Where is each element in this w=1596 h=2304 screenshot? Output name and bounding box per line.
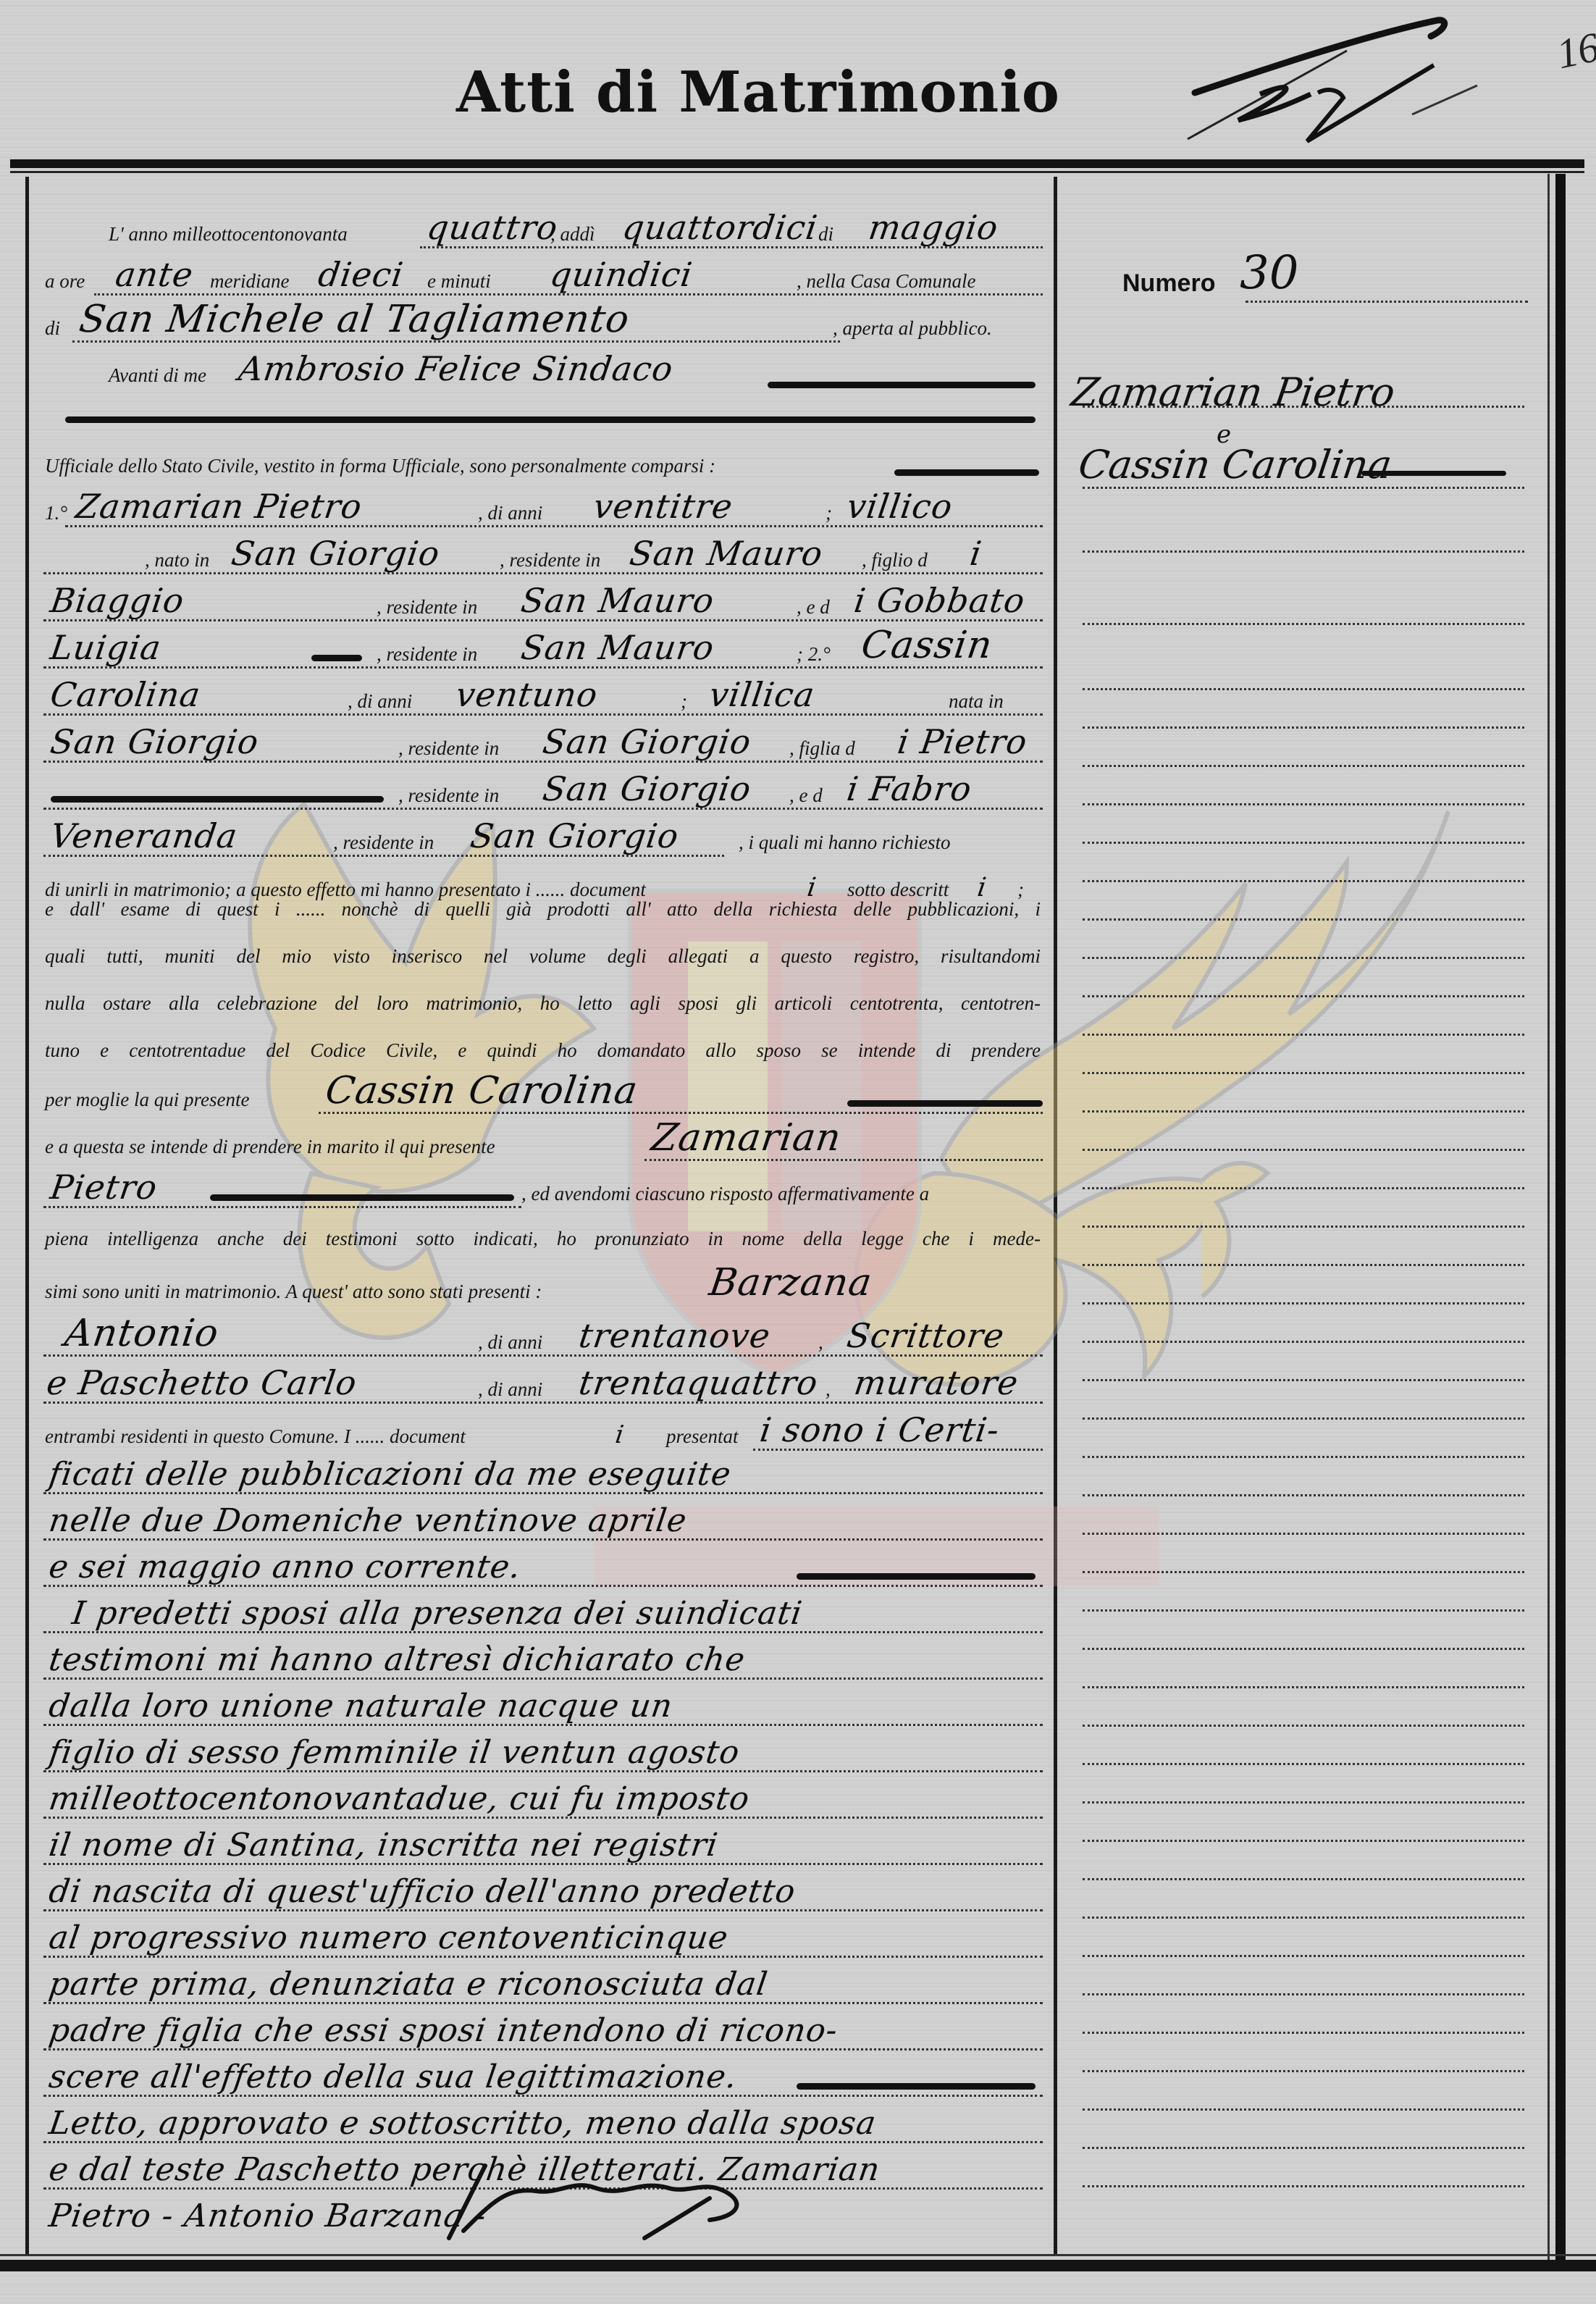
dotted-line — [1083, 550, 1524, 553]
label-minuti: e minuti — [427, 270, 491, 293]
dotted-line — [1083, 1456, 1524, 1458]
page-title: Atti di Matrimonio — [456, 59, 1060, 125]
handwritten-line: ficati delle pubblicazioni da me eseguit… — [43, 1452, 1043, 1503]
value-mother-residence: San Mauro — [518, 628, 717, 667]
margin-groom: Zamarian Pietro — [1069, 369, 1398, 415]
handwritten-text: padre figlia che essi sposi intendono di… — [46, 2012, 840, 2049]
text-quali-richiesto: , i quali mi hanno richiesto — [739, 831, 951, 854]
value-bride-mother-residence: San Giorgio — [468, 816, 681, 855]
value-witness2-occupation: muratore — [852, 1363, 1021, 1402]
dotted-line — [1083, 1110, 1524, 1113]
value-ante: ante — [113, 255, 196, 294]
label-di: di — [45, 317, 60, 340]
dotted-line — [1083, 1072, 1524, 1074]
frame-bottom-rule — [0, 2260, 1596, 2271]
frame-right-rule-thin — [1547, 174, 1550, 2260]
label-casa-comunale: , nella Casa Comunale — [797, 270, 976, 293]
line-witness2: e Paschetto Carlo , di anni trentaquattr… — [43, 1362, 1043, 1412]
label-residente-in: , residente in — [500, 549, 600, 571]
handwritten-text: dalla loro unione naturale nacque un — [46, 1688, 675, 1725]
label-figlio-di: , figlio d — [862, 549, 928, 571]
line-groom: 1.° Zamarian Pietro , di anni ventitre ;… — [43, 485, 1043, 536]
dotted-line — [1083, 2070, 1524, 2072]
frame-right-rule — [1555, 174, 1566, 2260]
label-in-marito: e a questa se intende di prendere in mar… — [45, 1136, 495, 1158]
text-entrambi: entrambi residenti in questo Comune. I .… — [45, 1425, 466, 1448]
dotted-line — [1083, 2147, 1524, 2149]
value-di-suffix: i — [967, 534, 984, 573]
line-witnesses: simi sono uniti in matrimonio. A quest' … — [43, 1264, 1043, 1315]
value-bride-name: Carolina — [48, 675, 203, 714]
line-year-date: L' anno milleottocentonovanta quattro , … — [43, 206, 1043, 257]
page-number: 16 — [1553, 22, 1596, 79]
value-bride-father-residence: San Giorgio — [540, 769, 754, 808]
label-a-ore: a ore — [45, 270, 85, 293]
label-residente-in: , residente in — [377, 643, 477, 666]
handwritten-line: dalla loro unione naturale nacque un — [43, 1684, 1043, 1735]
value-groom-age: ventitre — [591, 487, 735, 526]
handwritten-text: il nome di Santina, inscritta nei regist… — [46, 1827, 721, 1864]
line-bride-father-residence: , residente in San Giorgio , e d i Fabro — [43, 768, 1043, 818]
line-place: di San Michele al Tagliamento , aperta a… — [43, 301, 1043, 351]
value-witness2-name: e Paschetto Carlo — [44, 1363, 359, 1402]
column-divider — [1054, 177, 1057, 2254]
value-minutes: quindici — [547, 255, 695, 294]
line-groom-mother: Luigia , residente in San Mauro ; 2.° Ca… — [43, 627, 1043, 677]
dotted-line — [1083, 765, 1524, 767]
value-groom-mother-surname: i Gobbato — [852, 581, 1028, 620]
dotted-line — [1083, 1187, 1524, 1189]
underline-stroke — [797, 2083, 1036, 2090]
label-second: ; 2.° — [797, 643, 831, 666]
dotted-line — [1083, 1264, 1524, 1266]
handwritten-text: Letto, approvato e sottoscritto, meno da… — [46, 2105, 878, 2142]
frame-top-rule-thin — [10, 171, 1584, 173]
handwritten-text: milleottocentonovantadue, cui fu imposto — [46, 1780, 752, 1817]
line-groom-birth: , nato in San Giorgio , residente in San… — [43, 532, 1043, 583]
dotted-line — [1083, 487, 1524, 489]
handwritten-line: il nome di Santina, inscritta nei regist… — [43, 1823, 1043, 1874]
text-line-18: tuno e centotrentadue del Codice Civile,… — [45, 1039, 1041, 1062]
handwritten-line: di nascita di quest'ufficio dell'anno pr… — [43, 1869, 1043, 1920]
handwritten-text: e sei maggio anno corrente. — [46, 1549, 523, 1585]
handwritten-line: Letto, approvato e sottoscritto, meno da… — [43, 2101, 1043, 2152]
handwritten-text: parte prima, denunziata e riconosciuta d… — [46, 1966, 770, 2003]
dotted-line — [1083, 1149, 1524, 1151]
value-municipality: San Michele al Tagliamento — [77, 298, 632, 341]
value-groom-occupation: villico — [844, 487, 955, 526]
dotted-line — [1083, 2185, 1524, 2187]
handwritten-line: milleottocentonovantadue, cui fu imposto — [43, 1777, 1043, 1827]
line-bride: Carolina , di anni ventuno ; villica nat… — [43, 674, 1043, 724]
text-line-22: piena intelligenza anche dei testimoni s… — [45, 1228, 1041, 1250]
handwritten-line: figlio di sesso femminile il ventun agos… — [43, 1730, 1043, 1781]
label-residente-in: , residente in — [333, 831, 434, 854]
line-bride-birth: San Giorgio , residente in San Giorgio ,… — [43, 721, 1043, 771]
handwritten-line: nelle due Domeniche ventinove aprile — [43, 1499, 1043, 1549]
label-e-di: , e d — [797, 596, 830, 619]
handwritten-line: testimoni mi hanno altresì dichiarato ch… — [43, 1638, 1043, 1688]
line-bride-mother: Veneranda , residente in San Giorgio , i… — [43, 815, 1043, 866]
value-groom-birthplace: San Giorgio — [229, 534, 442, 573]
sep: ; — [681, 690, 687, 713]
value-groom-name: Zamarian Pietro — [73, 487, 364, 526]
dotted-line — [1083, 803, 1524, 805]
value-groom-mother: Luigia — [48, 628, 164, 667]
handwritten-text: nelle due Domeniche ventinove aprile — [46, 1502, 689, 1539]
dotted-line — [1083, 957, 1524, 959]
text-line-17: nulla ostare alla celebrazione del loro … — [45, 992, 1041, 1015]
label-figlia-di: , figlia d — [789, 737, 855, 760]
label-presentat: presentat — [666, 1425, 738, 1448]
numero-label: Numero — [1122, 269, 1215, 298]
frame-left-rule — [25, 177, 29, 2254]
value-bride-mother-surname: i Fabro — [844, 769, 974, 808]
label-avanti-di-me: Avanti di me — [109, 364, 206, 387]
value-bride-fullname: Cassin Carolina — [323, 1069, 641, 1113]
dotted-line — [1083, 406, 1524, 408]
line-bride-consent: per moglie la qui presente Cassin Caroli… — [43, 1072, 1043, 1123]
dotted-line — [1083, 1571, 1524, 1573]
value-doc-suffix2: i — [613, 1420, 626, 1449]
underline-stroke — [1361, 471, 1506, 476]
handwritten-line: padre figlia che essi sposi intendono di… — [43, 2008, 1043, 2059]
label-nata-in: nata in — [949, 690, 1004, 713]
handwritten-line: scere all'effetto della sua legittimazio… — [43, 2055, 1043, 2106]
dotted-line — [1083, 2108, 1524, 2111]
line-ufficiale: Ufficiale dello Stato Civile, vestito in… — [43, 438, 1043, 489]
dotted-line — [1083, 842, 1524, 844]
label-residente-in: , residente in — [377, 596, 477, 619]
numero-value: 30 — [1240, 246, 1298, 300]
value-witness1-age: trentanove — [576, 1316, 773, 1355]
value-year-suffix: quattro — [424, 208, 560, 247]
handwritten-line: I predetti sposi alla presenza dei suind… — [43, 1591, 1043, 1642]
handwritten-text: figlio di sesso femminile il ventun agos… — [46, 1734, 742, 1771]
value-witness1-surname: Barzana — [707, 1261, 875, 1304]
dotted-line — [1083, 1533, 1524, 1535]
dotted-line — [1083, 1034, 1524, 1036]
dotted-line — [1083, 1725, 1524, 1727]
text-line-16: quali tutti, muniti del mio visto inseri… — [45, 945, 1041, 968]
line-groom-consent: e a questa se intende di prendere in mar… — [43, 1119, 1043, 1170]
handwritten-line: al progressivo numero centoventicinque — [43, 1916, 1043, 1966]
label-di-anni: , di anni — [478, 502, 542, 524]
value-hour: dieci — [316, 255, 406, 294]
dotted-line — [1083, 1955, 1524, 1957]
text-presenti: simi sono uniti in matrimonio. A quest' … — [45, 1281, 542, 1303]
dotted-line — [1083, 1801, 1524, 1804]
label-addi: , addì — [550, 223, 595, 246]
dotted-line — [1083, 1763, 1524, 1765]
handwritten-text: ficati delle pubblicazioni da me eseguit… — [46, 1456, 734, 1493]
value-bride-residence: San Giorgio — [540, 722, 754, 761]
label-residente-in: , residente in — [398, 784, 499, 807]
label-first: 1.° — [45, 502, 67, 524]
value-officer-name: Ambrosio Felice Sindaco — [236, 349, 676, 388]
value-day: quattordici — [620, 208, 820, 247]
sep: , — [826, 1378, 831, 1401]
value-bride-age: ventuno — [453, 675, 600, 714]
value-witness1-occupation: Scrittore — [844, 1316, 1007, 1355]
handwritten-text: testimoni mi hanno altresì dichiarato ch… — [46, 1641, 747, 1678]
label-anno: L' anno milleottocentonovanta — [109, 223, 348, 246]
dotted-line — [1083, 1993, 1524, 1995]
dotted-line — [1083, 623, 1524, 625]
label-residente-in: , residente in — [398, 737, 499, 760]
label-di: di — [818, 223, 833, 246]
value-groom-residence: San Mauro — [627, 534, 826, 573]
handwritten-text: di nascita di quest'ufficio dell'anno pr… — [46, 1873, 798, 1910]
mayor-signature-mark — [406, 2158, 840, 2245]
handwritten-text: al progressivo numero centoventicinque — [46, 1919, 731, 1956]
line-time: a ore ante meridiane dieci e minuti quin… — [43, 254, 1043, 304]
dotted-line — [1083, 880, 1524, 882]
dotted-line — [1083, 1302, 1524, 1304]
value-groom-father: Biaggio — [48, 581, 187, 620]
dotted-line — [1246, 301, 1528, 303]
dotted-line — [1083, 1341, 1524, 1343]
label-meridiane: meridiane — [210, 270, 289, 293]
dotted-line — [1083, 995, 1524, 997]
value-certificates: i sono i Certi- — [757, 1410, 1002, 1449]
dotted-line — [1083, 1226, 1524, 1228]
dotted-line — [1083, 1878, 1524, 1880]
margin-bride: Cassin Carolina — [1076, 442, 1395, 487]
underline-stroke — [797, 1573, 1036, 1580]
dotted-line — [1083, 1648, 1524, 1650]
sep: , — [818, 1331, 823, 1354]
line-groom-father: Biaggio , residente in San Mauro , e d i… — [43, 579, 1043, 630]
dotted-line — [1083, 1379, 1524, 1381]
value-witness2-age: trentaquattro — [576, 1363, 820, 1402]
line-witness1: Antonio , di anni trentanove , Scrittore — [43, 1315, 1043, 1365]
underline-stroke — [65, 416, 1036, 423]
value-bride-surname: Cassin — [859, 624, 996, 667]
value-bride-birthplace: San Giorgio — [48, 722, 261, 761]
dotted-line — [1083, 1916, 1524, 1919]
label-di-anni: , di anni — [348, 690, 412, 713]
label-nato-in: , nato in — [145, 549, 209, 571]
label-e-di: , e d — [789, 784, 823, 807]
dotted-line — [1083, 1840, 1524, 1842]
value-bride-father: i Pietro — [895, 722, 1030, 761]
value-groom-surname: Zamarian — [649, 1116, 844, 1160]
text-line-15: e dall' esame di quest i ...... nonchè d… — [45, 898, 1041, 921]
value-father-residence: San Mauro — [518, 581, 717, 620]
frame-top-rule — [10, 159, 1584, 168]
handwritten-text: scere all'effetto della sua legittimazio… — [46, 2058, 739, 2095]
dotted-line — [1083, 918, 1524, 921]
dotted-line — [1083, 1417, 1524, 1420]
value-bride-occupation: villica — [707, 675, 818, 714]
handwritten-text: I predetti sposi alla presenza dei suind… — [70, 1595, 805, 1632]
label-di-anni: , di anni — [478, 1378, 542, 1401]
dotted-line — [1083, 726, 1524, 729]
dotted-line — [1083, 1494, 1524, 1496]
text-ufficiale: Ufficiale dello Stato Civile, vestito in… — [45, 455, 715, 477]
label-di-anni: , di anni — [478, 1331, 542, 1354]
label-per-moglie: per moglie la qui presente — [45, 1089, 249, 1111]
dotted-line — [1083, 1686, 1524, 1688]
sep: ; — [826, 502, 832, 524]
text-ed-avendomi: , ed avendomi ciascuno risposto affermat… — [521, 1183, 929, 1205]
handwritten-line: parte prima, denunziata e riconosciuta d… — [43, 1962, 1043, 2013]
line-affirm: Pietro , ed avendomi ciascuno risposto a… — [43, 1166, 1043, 1217]
value-month: maggio — [866, 208, 1001, 247]
value-groom-firstname: Pietro — [48, 1168, 160, 1207]
dotted-line — [1083, 688, 1524, 690]
frame-bottom-rule-thin — [0, 2254, 1596, 2256]
value-witness1-firstname: Antonio — [62, 1312, 222, 1355]
dotted-line — [1083, 1609, 1524, 1612]
official-signature-mark — [1173, 7, 1492, 145]
handwritten-line: e sei maggio anno corrente. — [43, 1545, 1043, 1596]
label-aperta-pubblico: , aperta al pubblico. — [833, 317, 992, 340]
value-bride-mother: Veneranda — [48, 816, 240, 855]
line-officer: Avanti di me Ambrosio Felice Sindaco — [43, 348, 1043, 398]
dotted-line — [1083, 2032, 1524, 2034]
